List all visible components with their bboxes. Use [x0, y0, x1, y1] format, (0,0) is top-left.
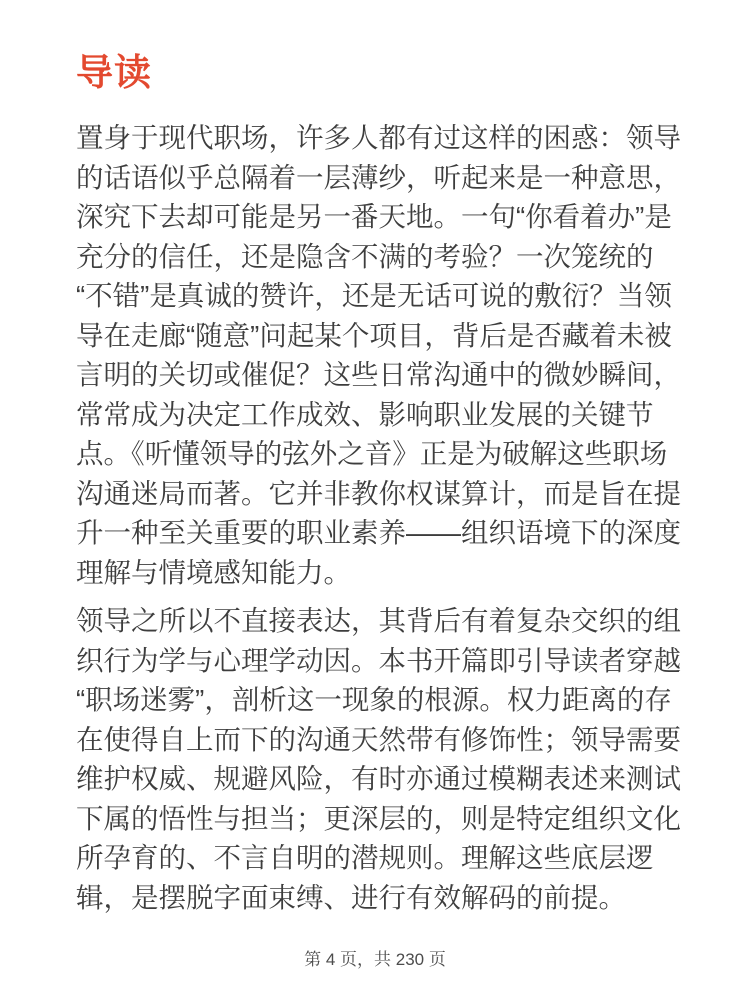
body-paragraph-1: 置身于现代职场，许多人都有过这样的困惑：领导的话语似乎总隔着一层薄纱，听起来是一…	[76, 118, 685, 592]
section-heading: 导读	[76, 0, 685, 96]
body-paragraph-2: 领导之所以不直接表达，其背后有着复杂交织的组织行为学与心理学动因。本书开篇即引导…	[76, 601, 685, 917]
reader-page: 导读 置身于现代职场，许多人都有过这样的困惑：领导的话语似乎总隔着一层薄纱，听起…	[0, 0, 750, 1000]
page-indicator: 第 4 页，共 230 页	[0, 950, 750, 970]
page-content: 导读 置身于现代职场，许多人都有过这样的困惑：领导的话语似乎总隔着一层薄纱，听起…	[0, 0, 750, 917]
